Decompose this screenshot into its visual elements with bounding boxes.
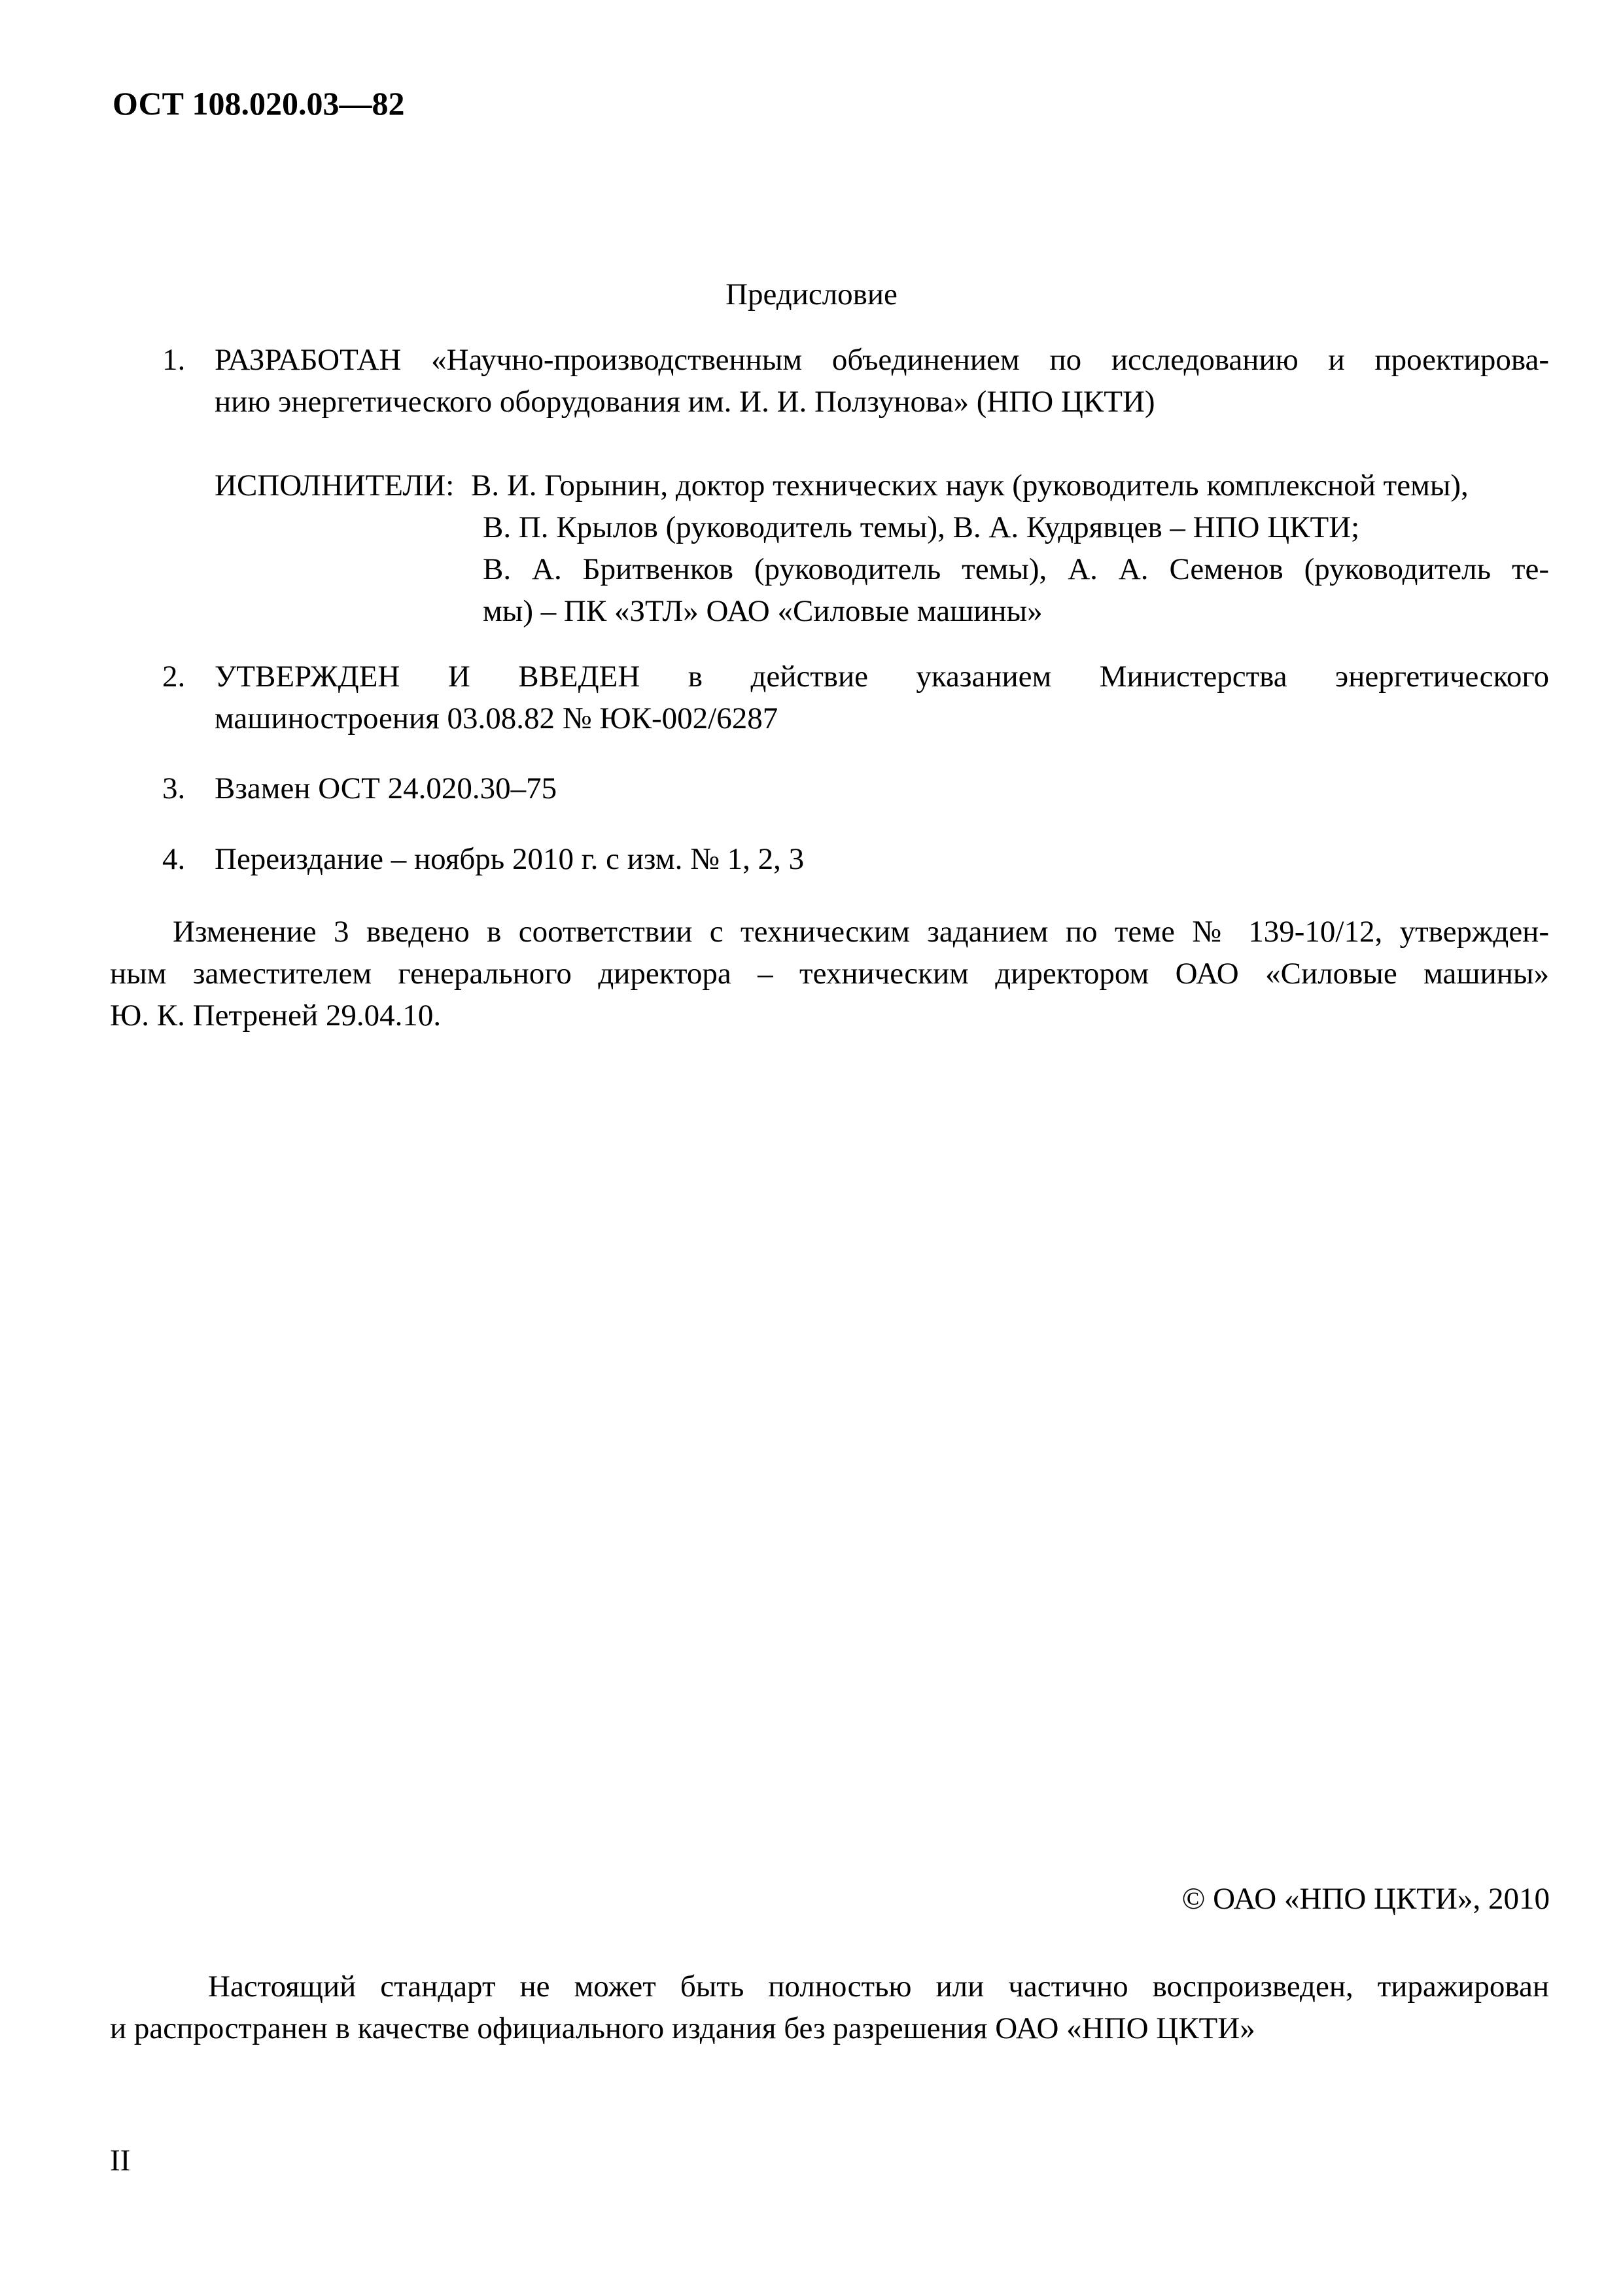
paragraph-line: и распространен в качестве официального …	[110, 2007, 1549, 2049]
paragraph-line: ным заместителем генерального директора …	[110, 953, 1549, 995]
item-line: нию энергетического оборудования им. И. …	[215, 381, 1549, 423]
copyright-notice: © ОАО «НПО ЦКТИ», 2010	[1182, 1878, 1550, 1920]
executor-line: В. П. Крылов (руководитель темы), В. А. …	[483, 506, 1549, 548]
executors-label: ИСПОЛНИТЕЛИ:	[215, 465, 454, 506]
item-line: машиностроения 03.08.82 № ЮК-002/6287	[215, 698, 1549, 739]
executor-line: мы) – ПК «ЗТЛ» ОАО «Силовые машины»	[483, 590, 1549, 632]
reproduction-notice: Настоящий стандарт не может быть полност…	[110, 1966, 1549, 2049]
item-number: 4.	[162, 838, 215, 880]
executor-line: В. И. Горынин, доктор технических наук (…	[471, 465, 1549, 506]
list-item-developed-by: 1. РАЗРАБОТАН «Научно-производственным о…	[162, 339, 1549, 423]
list-item-reissue: 4. Переиздание – ноябрь 2010 г. с изм. №…	[162, 838, 1549, 880]
list-item-approved: 2. УТВЕРЖДЕН И ВВЕДЕН в действие указани…	[162, 656, 1549, 739]
list-item-replaces: 3. Взамен ОСТ 24.020.30–75	[162, 768, 1549, 809]
amendment-note: Изменение 3 введено в соответствии с тех…	[110, 911, 1549, 1036]
item-line: Взамен ОСТ 24.020.30–75	[215, 768, 1549, 809]
item-number: 2.	[162, 656, 215, 698]
paragraph-line: Настоящий стандарт не может быть полност…	[110, 1966, 1549, 2007]
paragraph-line: Ю. К. Петреней 29.04.10.	[110, 995, 1549, 1036]
item-number: 1.	[162, 339, 215, 381]
item-line: УТВЕРЖДЕН И ВВЕДЕН в действие указанием …	[215, 656, 1549, 698]
item-line: РАЗРАБОТАН «Научно-производственным объе…	[215, 339, 1549, 381]
page-number: II	[110, 2140, 130, 2181]
paragraph-line: Изменение 3 введено в соответствии с тех…	[110, 911, 1549, 953]
executors-block: ИСПОЛНИТЕЛИ: В. И. Горынин, доктор техни…	[215, 465, 1549, 632]
executor-line: В. А. Бритвенков (руководитель темы), А.…	[483, 548, 1549, 590]
document-code: ОСТ 108.020.03—82	[113, 84, 404, 123]
page-title: Предисловие	[0, 274, 1623, 315]
item-number: 3.	[162, 768, 215, 809]
item-line: Переиздание – ноябрь 2010 г. с изм. № 1,…	[215, 838, 1549, 880]
